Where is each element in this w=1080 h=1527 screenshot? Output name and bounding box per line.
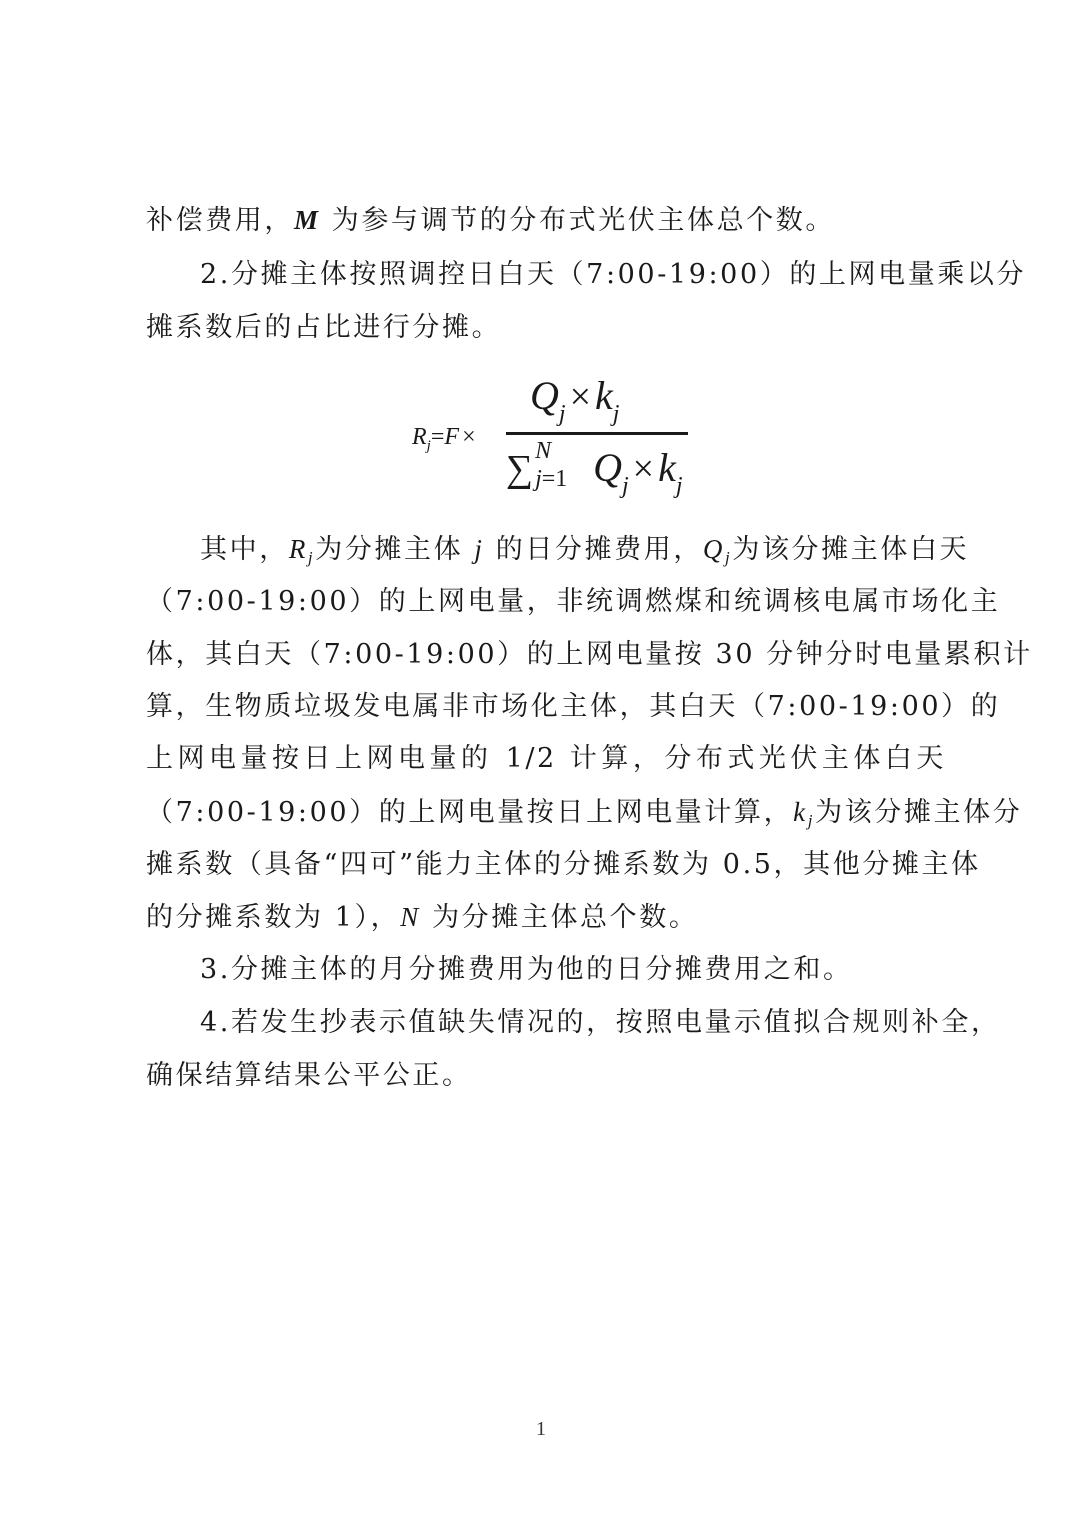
paragraph-line-7: 算，生物质垃圾发电属非市场化主体，其白天（7:00-19:00）的 bbox=[146, 690, 946, 724]
var-q: Q bbox=[703, 534, 725, 564]
sub-j: j bbox=[808, 811, 815, 830]
text-span: 为该分摊主体分 bbox=[815, 797, 1022, 828]
allocation-formula: Rj=F× Qj×kj ∑Nj=1Qj×kj bbox=[412, 372, 682, 507]
sum-limits: Nj=1 bbox=[533, 444, 593, 484]
paragraph-line-2: 2.分摊主体按照调控日白天（7:00-19:00）的上网电量乘以分 bbox=[200, 258, 946, 292]
document-page: 补偿费用，M 为参与调节的分布式光伏主体总个数。 2.分摊主体按照调控日白天（7… bbox=[0, 0, 1080, 1527]
formula-numerator: Qj×kj bbox=[530, 372, 619, 419]
lower-var: j bbox=[535, 466, 542, 492]
var-k: k bbox=[595, 373, 613, 418]
text-span: 的分摊系数为 1）， bbox=[146, 902, 400, 933]
text-span: 为分摊主体总个数。 bbox=[432, 902, 698, 933]
times-sign: × bbox=[570, 376, 591, 418]
formula-denominator: ∑Nj=1Qj×kj bbox=[506, 444, 683, 491]
upper-limit: N bbox=[535, 438, 551, 465]
text-span: 为参与调节的分布式光伏主体总个数。 bbox=[332, 205, 835, 236]
paragraph-line-6: 体，其白天（7:00-19:00）的上网电量按 30 分钟分时电量累积计 bbox=[146, 638, 946, 672]
sub-j: j bbox=[622, 473, 629, 499]
times-sign: × bbox=[633, 448, 654, 490]
var-r: R bbox=[412, 424, 427, 450]
text-span: 的日分摊费用， bbox=[496, 534, 703, 565]
paragraph-line-14: 确保结算结果公平公正。 bbox=[146, 1059, 946, 1093]
var-q: Q bbox=[593, 445, 622, 490]
text-span: 为分摊主体 bbox=[315, 534, 463, 565]
lower-rest: =1 bbox=[542, 466, 568, 492]
variable-m: M bbox=[294, 205, 321, 235]
paragraph-line-5: （7:00-19:00）的上网电量，非统调燃煤和统调核电属市场化主 bbox=[146, 585, 946, 619]
paragraph-line-3: 摊系数后的占比进行分摊。 bbox=[146, 311, 946, 345]
sub-j: j bbox=[676, 473, 683, 499]
sigma-symbol: ∑ bbox=[506, 448, 533, 490]
var-q: Q bbox=[530, 373, 559, 418]
page-number: 1 bbox=[536, 1418, 546, 1441]
paragraph-line-4: 其中，Rj为分摊主体 j 的日分摊费用，Qj为该分摊主体白天 bbox=[200, 532, 946, 567]
text-span: （7:00-19:00）的上网电量按日上网电量计算， bbox=[146, 797, 793, 828]
paragraph-line-10: 摊系数（具备“四可”能力主体的分摊系数为 0.5，其他分摊主体 bbox=[146, 848, 946, 882]
text-span: 为该分摊主体白天 bbox=[732, 534, 969, 565]
var-n: N bbox=[400, 902, 421, 932]
equals-sign: = bbox=[431, 424, 445, 450]
sub-j: j bbox=[613, 401, 620, 427]
paragraph-line-12: 3.分摊主体的月分摊费用为他的日分摊费用之和。 bbox=[200, 953, 946, 987]
var-r: R bbox=[289, 534, 308, 564]
paragraph-line-9: （7:00-19:00）的上网电量按日上网电量计算，kj为该分摊主体分 bbox=[146, 795, 946, 830]
var-k: k bbox=[658, 445, 676, 490]
fraction-bar bbox=[506, 432, 688, 435]
paragraph-line-13: 4.若发生抄表示值缺失情况的，按照电量示值拟合规则补全， bbox=[200, 1006, 946, 1040]
var-k: k bbox=[793, 797, 808, 827]
times-sign: × bbox=[462, 424, 476, 450]
text-span: 其中， bbox=[200, 534, 289, 565]
paragraph-line-8: 上网电量按日上网电量的 1/2 计算，分布式光伏主体白天 bbox=[146, 742, 946, 776]
paragraph-line-1: 补偿费用，M 为参与调节的分布式光伏主体总个数。 bbox=[146, 203, 946, 238]
sub-j: j bbox=[559, 401, 566, 427]
paragraph-line-11: 的分摊系数为 1），N 为分摊主体总个数。 bbox=[146, 900, 946, 935]
formula-lhs: Rj=F× bbox=[412, 424, 476, 451]
lower-limit: j=1 bbox=[535, 466, 567, 493]
var-j: j bbox=[474, 534, 484, 564]
var-f: F bbox=[444, 424, 459, 450]
text-span: 补偿费用， bbox=[146, 205, 294, 236]
